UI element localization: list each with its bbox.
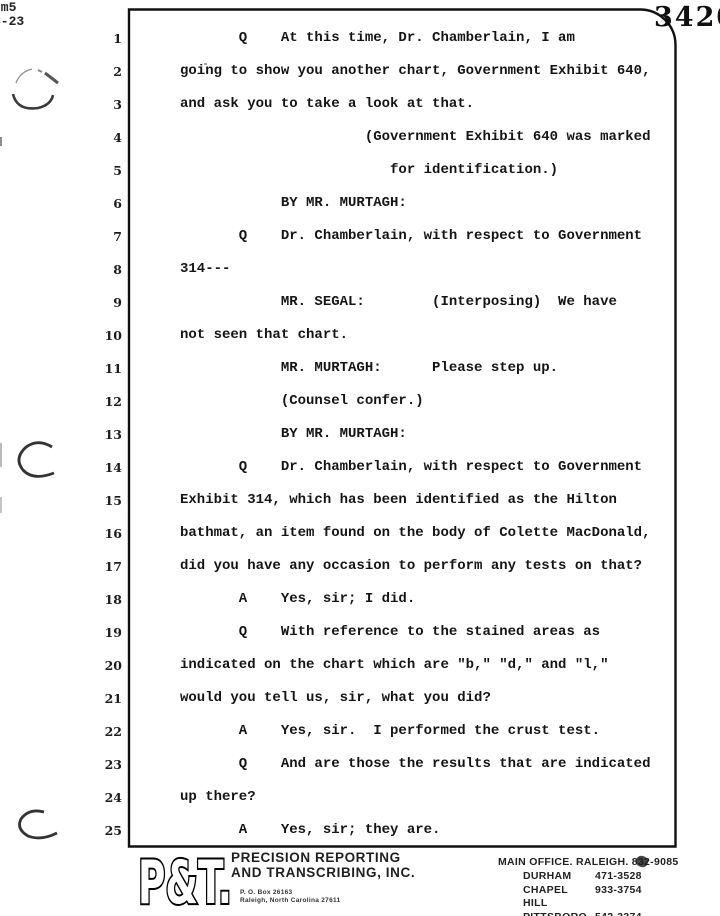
line-text: indicated on the chart which are "b," "d… [180, 657, 608, 674]
precision-reporting-logo: P&T. [136, 849, 236, 915]
office-phone: 933-3754 [595, 884, 683, 911]
line-text: did you have any occasion to perform any… [180, 558, 642, 575]
logo-text: P&T. [138, 849, 232, 915]
office-city: PITTSBORO [523, 911, 595, 916]
line-number: 7 [94, 229, 122, 244]
transcript-line: 8 314--- [0, 261, 720, 281]
line-number: 13 [94, 427, 122, 442]
line-text: BY MR. MURTAGH: [180, 195, 407, 212]
company-name-line2: AND TRANSCRIBING, INC. [231, 866, 415, 881]
transcript-line: 22 A Yes, sir. I performed the crust tes… [0, 723, 720, 743]
line-number: 3 [94, 97, 122, 112]
line-text: Q Dr. Chamberlain, with respect to Gover… [180, 459, 642, 476]
line-text: for identification.) [180, 162, 558, 179]
line-text: (Counsel confer.) [180, 393, 424, 410]
transcript-line: 15 Exhibit 314, which has been identifie… [0, 492, 720, 512]
line-number: 24 [94, 790, 122, 805]
line-number: 20 [94, 658, 122, 673]
line-text: MR. MURTAGH: Please step up. [180, 360, 558, 377]
transcript-line: 4 (Government Exhibit 640 was marked [0, 129, 720, 149]
line-text: A Yes, sir; I did. [180, 591, 415, 608]
line-text: bathmat, an item found on the body of Co… [180, 525, 650, 542]
line-text: 314--- [180, 261, 230, 278]
transcript-line: 21 would you tell us, sir, what you did? [0, 690, 720, 710]
office-row: PITTSBORO 542-3374 [523, 911, 683, 916]
line-text: not seen that chart. [180, 327, 348, 344]
transcript-line: 14 Q Dr. Chamberlain, with respect to Go… [0, 459, 720, 479]
line-number: 12 [94, 394, 122, 409]
line-number: 8 [94, 262, 122, 277]
address-line2: Raleigh, North Carolina 27611 [240, 897, 340, 905]
line-number: 5 [94, 163, 122, 178]
transcript-line: 25 A Yes, sir; they are. [0, 822, 720, 842]
line-text: Q At this time, Dr. Chamberlain, I am [180, 30, 575, 47]
office-phone: 542-3374 [595, 911, 683, 916]
transcript-line: 5 for identification.) [0, 162, 720, 182]
line-number: 10 [94, 328, 122, 343]
line-number: 6 [94, 196, 122, 211]
office-city: CHAPEL HILL [523, 884, 595, 911]
transcript-line: 2 going to show you another chart, Gover… [0, 63, 720, 83]
line-text: A Yes, sir; they are. [180, 822, 440, 839]
office-row: DURHAM 471-3528 [523, 870, 683, 884]
line-text: up there? [180, 789, 256, 806]
transcript-line: 17 did you have any occasion to perform … [0, 558, 720, 578]
line-number: 16 [94, 526, 122, 541]
line-text: Q Dr. Chamberlain, with respect to Gover… [180, 228, 642, 245]
line-number: 17 [94, 559, 122, 574]
transcript-line: 1 Q At this time, Dr. Chamberlain, I am [0, 30, 720, 50]
line-number: 4 [94, 130, 122, 145]
line-number: 18 [94, 592, 122, 607]
office-row: CHAPEL HILL 933-3754 [523, 884, 683, 911]
transcript-line: 11 MR. MURTAGH: Please step up. [0, 360, 720, 380]
margin-note: dm5 C-23 [0, 1, 24, 29]
office-city: DURHAM [523, 870, 595, 884]
line-number: 9 [94, 295, 122, 310]
transcript-line: 12 (Counsel confer.) [0, 393, 720, 413]
line-number: 11 [94, 361, 122, 376]
footer-company: PRECISION REPORTING AND TRANSCRIBING, IN… [231, 851, 415, 880]
transcript-line: 7 Q Dr. Chamberlain, with respect to Gov… [0, 228, 720, 248]
transcript-line: 19 Q With reference to the stained areas… [0, 624, 720, 644]
line-text: going to show you another chart, Governm… [180, 63, 650, 80]
scanned-transcript-page: { "page": { "number": "3420", "margin_no… [0, 0, 720, 916]
line-text: BY MR. MURTAGH: [180, 426, 407, 443]
line-text: and ask you to take a look at that. [180, 96, 474, 113]
margin-note-line1: dm5 [0, 1, 24, 15]
line-number: 15 [94, 493, 122, 508]
footer-address: P. O. Box 26163 Raleigh, North Carolina … [240, 889, 340, 905]
line-text: (Government Exhibit 640 was marked [180, 129, 650, 146]
line-text: Q And are those the results that are ind… [180, 756, 650, 773]
line-text: Exhibit 314, which has been identified a… [180, 492, 617, 509]
transcript-line: 20 indicated on the chart which are "b,"… [0, 657, 720, 677]
line-number: 23 [94, 757, 122, 772]
line-number: 25 [94, 823, 122, 838]
transcript-line: 3 and ask you to take a look at that. [0, 96, 720, 116]
transcript-line: 9 MR. SEGAL: (Interposing) We have [0, 294, 720, 314]
line-number: 1 [94, 31, 122, 46]
line-text: A Yes, sir. I performed the crust test. [180, 723, 600, 740]
margin-note-line2: C-23 [0, 15, 24, 29]
line-text: would you tell us, sir, what you did? [180, 690, 491, 707]
transcript-line: 6 BY MR. MURTAGH: [0, 195, 720, 215]
line-number: 19 [94, 625, 122, 640]
line-text: Q With reference to the stained areas as [180, 624, 600, 641]
line-number: 21 [94, 691, 122, 706]
line-number: 14 [94, 460, 122, 475]
company-name-line1: PRECISION REPORTING [231, 851, 415, 866]
main-office-line: MAIN OFFICE. RALEIGH. 832-9085 [498, 856, 679, 868]
line-number: 22 [94, 724, 122, 739]
transcript-line: 24 up there? [0, 789, 720, 809]
office-phone-list: DURHAM 471-3528 CHAPEL HILL 933-3754 PIT… [523, 870, 683, 916]
transcript-line: 10 not seen that chart. [0, 327, 720, 347]
transcript-line: 23 Q And are those the results that are … [0, 756, 720, 776]
transcript-line: 18 A Yes, sir; I did. [0, 591, 720, 611]
line-number: 2 [94, 64, 122, 79]
transcript-line: 16 bathmat, an item found on the body of… [0, 525, 720, 545]
page-number: 3420 [654, 3, 720, 33]
line-text: MR. SEGAL: (Interposing) We have [180, 294, 617, 311]
address-line1: P. O. Box 26163 [240, 889, 340, 897]
office-phone: 471-3528 [595, 870, 683, 884]
transcript-line: 13 BY MR. MURTAGH: [0, 426, 720, 446]
